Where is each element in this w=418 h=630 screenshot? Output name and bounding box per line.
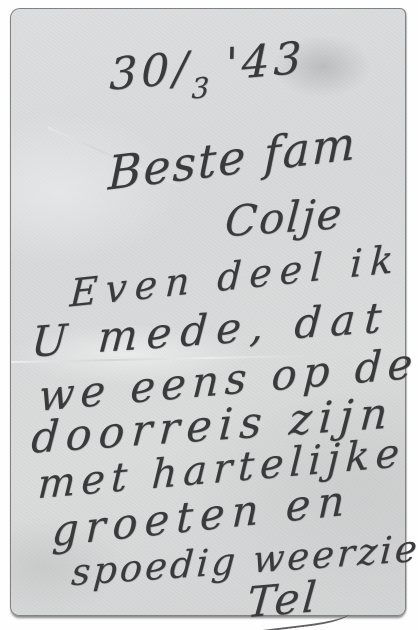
salutation-line-1: Beste fam — [108, 119, 358, 196]
date-month: 3 — [191, 74, 209, 104]
signature: Tel — [245, 576, 320, 625]
handwritten-date: 30/3'43 — [109, 36, 306, 97]
scanned-image: 30/3'43 Beste fam Colje Even deel ik U m… — [0, 0, 418, 630]
salutation-line-2: Colje — [224, 193, 345, 244]
date-day: 30/ — [109, 42, 192, 100]
date-year: '43 — [225, 32, 306, 90]
postcard: 30/3'43 Beste fam Colje Even deel ik U m… — [10, 8, 406, 616]
